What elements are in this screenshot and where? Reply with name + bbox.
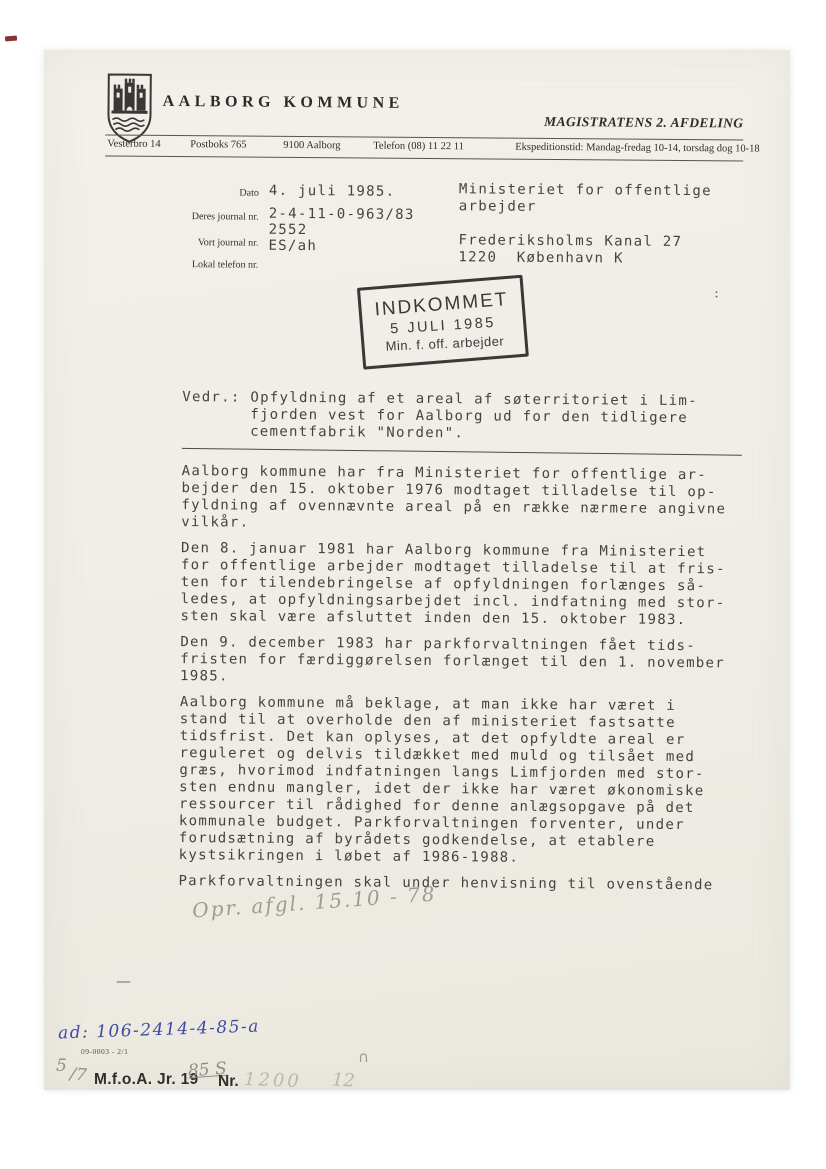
ministry-journal-nr-label: Nr. xyxy=(218,1073,239,1090)
letter-body: Vedr.: Opfyldning af et areal af søterri… xyxy=(178,389,762,904)
department-name: MAGISTRATENS 2. AFDELING xyxy=(544,114,743,132)
paragraph-5: Parkforvaltningen skal under henvisning … xyxy=(178,873,758,895)
letterhead-phone: Telefon (08) 11 22 11 xyxy=(373,141,464,153)
handwritten-journal-number: 1200 xyxy=(244,1069,303,1090)
handwritten-journal-number-2: 12 xyxy=(331,1069,355,1090)
form-number: 09-0003 - 2/1 xyxy=(81,1047,128,1056)
letterhead-pobox: Postboks 765 xyxy=(190,139,246,150)
recipient-address: Ministeriet for offentlige arbejder Fred… xyxy=(458,181,712,268)
letterhead-city: 9100 Aalborg xyxy=(283,140,340,151)
handwritten-day: 5 xyxy=(56,1056,67,1076)
letter-content: AALBORG KOMMUNE MAGISTRATENS 2. AFDELING… xyxy=(44,50,790,1090)
ministry-journal-stamp: M.f.o.A. Jr. 19 xyxy=(94,1071,198,1089)
subject-line: Vedr.: Opfyldning af et areal af søterri… xyxy=(182,389,762,445)
scan-colon-artifact: : xyxy=(714,285,719,301)
letterhead-hours: Ekspeditionstid: Mandag-fredag 10-14, to… xyxy=(515,142,759,155)
their-journal-label: Deres journal nr. xyxy=(44,210,259,223)
handwritten-month: /7 xyxy=(69,1064,88,1086)
date-label: Dato xyxy=(44,186,259,199)
our-journal-value: ES/ah xyxy=(268,238,317,255)
pencil-squiggle: ∩ xyxy=(358,1048,369,1066)
organization-name: AALBORG KOMMUNE xyxy=(163,93,404,113)
pencil-dash-mark: — xyxy=(116,972,131,990)
scanned-letter-page: AALBORG KOMMUNE MAGISTRATENS 2. AFDELING… xyxy=(44,50,790,1090)
subject-underline xyxy=(182,448,742,456)
paragraph-1: Aalborg kommune har fra Ministeriet for … xyxy=(181,463,762,536)
our-journal-label: Vort journal nr. xyxy=(44,236,259,249)
letterhead-info-row: Vesterbro 14 Postboks 765 9100 Aalborg T… xyxy=(105,138,745,157)
paragraph-3: Den 9. december 1983 har parkforvaltning… xyxy=(180,634,760,690)
paragraph-4: Aalborg kommune må beklage, at man ikke … xyxy=(179,694,760,869)
journal-extra-value: 2552 xyxy=(269,222,308,239)
paragraph-2: Den 8. januar 1981 har Aalborg kommune f… xyxy=(180,540,761,630)
local-phone-label: Lokal telefon nr. xyxy=(44,258,258,271)
date-value: 4. juli 1985. xyxy=(269,183,396,201)
received-stamp-box: INDKOMMET 5 JULI 1985 Min. f. off. arbej… xyxy=(357,275,529,370)
letterhead-address: Vesterbro 14 xyxy=(107,138,160,149)
red-ink-mark xyxy=(5,36,17,42)
